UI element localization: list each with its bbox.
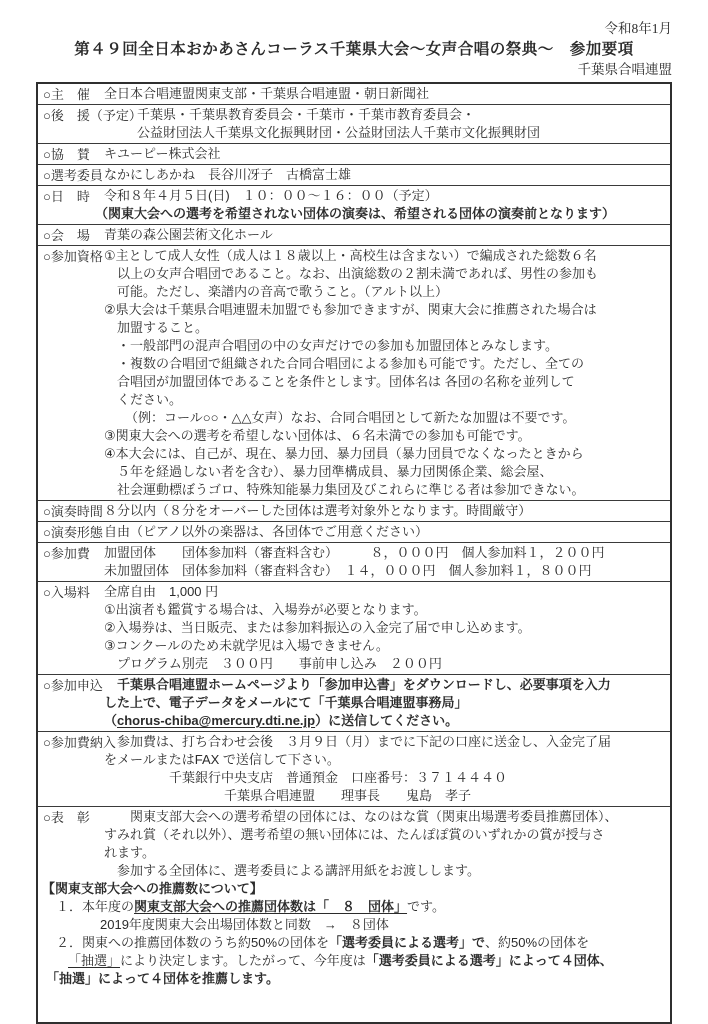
content-line: 公益財団法人千葉県文化振興財団・公益財団法人千葉市文化振興財団 — [137, 124, 670, 142]
content-line: 千葉銀行中央支店 普通預金 口座番号：３７１４４４０ — [169, 769, 670, 787]
content-line: ①出演者も鑑賞する場合は、入場券が必要となります。 — [104, 601, 670, 619]
row-lines: 自由（ピアノ以外の楽器は、各団体でご用意ください） — [38, 523, 670, 541]
text-segment: 2019年度関東大会出場団体数と同数 → ８団体 — [100, 917, 389, 932]
text-segment: です。 — [407, 899, 445, 914]
row-lines: 関東支部大会への選考希望の団体には、なのはな賞（関東出場選考委員推薦団体）、すみ… — [38, 808, 670, 988]
text-segment: 【関東支部大会への推薦数について】 — [42, 881, 263, 896]
text-segment: 加盟すること。 — [117, 320, 208, 335]
text-segment: すみれ賞（それ以外）、選考希望の無い団体には、たんぽぽ賞のいずれかの賞が授与さ — [104, 827, 605, 842]
content-line: 【関東支部大会への推薦数について】 — [42, 880, 670, 898]
row-label: ○参加資格 — [43, 248, 103, 266]
row-label: ○参加費納入 — [43, 734, 116, 752]
content-line: ②入場券は、当日販売、または参加料振込の入金完了届で申し込めます。 — [104, 619, 670, 637]
table-row: ○主 催 全日本合唱連盟関東支部・千葉県合唱連盟・朝日新聞社 — [38, 84, 670, 104]
content-line: 全日本合唱連盟関東支部・千葉県合唱連盟・朝日新聞社 — [104, 85, 670, 103]
text-segment: （例：コール○○・△△女声）なお、合同合唱団として新たな加盟は不要です。 — [125, 410, 575, 425]
text-segment: （ — [104, 713, 117, 728]
text-segment: 合唱団が加盟団体であることを条件とします。団体名は 各団の名称を並列して — [117, 374, 575, 389]
text-segment: 「選考委員による選考」によって４団体、 — [366, 953, 613, 968]
text-segment: 関東支部大会への選考希望の団体には、なのはな賞（関東出場選考委員推薦団体）、 — [130, 809, 618, 824]
text-segment: 可能。ただし、楽譜内の音高で歌うこと。（アルト以上） — [117, 284, 448, 299]
text-segment: なかにしあかね 長谷川冴子 古橋富士雄 — [104, 167, 351, 182]
content-line: 自由（ピアノ以外の楽器は、各団体でご用意ください） — [104, 523, 670, 541]
content-line: ５年を経過しない者を含む）、暴力団準構成員、暴力団関係企業、総会屋、 — [117, 463, 670, 481]
table-row: ○会 場 青葉の森公園芸術文化ホール — [38, 224, 670, 245]
text-segment: 令和８年４月５日(日) １０：００～１６：００（予定） — [104, 188, 438, 203]
text-segment: ）に送信してください。 — [315, 713, 458, 728]
page-title: 第４９回全日本おかあさんコーラス千葉県大会～女声合唱の祭典～ 参加要項 — [0, 40, 708, 60]
text-segment: 以上の女声合唱団であること。なお、出演総数の２割未満であれば、男性の参加も — [117, 266, 598, 281]
content-line: 加盟団体 団体参加料（審査料含む） ８，０００円 個人参加料１，２００円 — [104, 544, 670, 562]
row-lines: なかにしあかね 長谷川冴子 古橋富士雄 — [38, 166, 670, 184]
content-line: 関東支部大会への選考希望の団体には、なのはな賞（関東出場選考委員推薦団体）、 — [130, 808, 670, 826]
text-segment: 未加盟団体 団体参加料（審査料含む） １４，０００円 個人参加料１，８００円 — [104, 563, 592, 578]
content-line: 社会運動標ぼうゴロ、特殊知能暴力集団及びこれらに準じる者は参加できない。 — [117, 481, 670, 499]
row-lines: 令和８年４月５日(日) １０：００～１６：００（予定）（関東大会への選考を希望さ… — [38, 187, 670, 223]
table-row: ○参加費納入 参加費は、打ち合わせ会後 ３月９日（月）までに下記の口座に送金し、… — [38, 731, 670, 806]
content-line: 参加する全団体に、選考委員による講評用紙をお渡しします。 — [117, 862, 670, 880]
content-line: ③コンクールのため未就学児は入場できません。 — [104, 637, 670, 655]
text-segment: 全日本合唱連盟関東支部・千葉県合唱連盟・朝日新聞社 — [104, 86, 429, 101]
row-label: ○参加費 — [43, 545, 90, 563]
text-segment: １．本年度の — [56, 899, 134, 914]
row-label: ○協 賛 — [43, 146, 90, 164]
table-row: ○後 援（予定） 千葉県・千葉県教育委員会・千葉市・千葉市教育委員会・公益財団法… — [38, 104, 670, 143]
row-label: ○表 彰 — [43, 809, 90, 827]
content-line: すみれ賞（それ以外）、選考希望の無い団体には、たんぽぽ賞のいずれかの賞が授与さ — [104, 826, 670, 844]
content-line: 千葉県合唱連盟ホームページより「参加申込書」をダウンロードし、必要事項を入力 — [117, 676, 670, 694]
content-line: ・複数の合唱団で組織された合同合唱団による参加も可能です。ただし、全ての — [117, 355, 670, 373]
content-line: 全席自由 1,000 円 — [104, 583, 670, 601]
text-segment: 社会運動標ぼうゴロ、特殊知能暴力集団及びこれらに準じる者は参加できない。 — [117, 482, 584, 497]
text-segment: ①主として成人女性（成人は１８歳以上・高校生は含まない）で編成された総数６名 — [104, 248, 597, 263]
content-line: 青葉の森公園芸術文化ホール — [104, 226, 670, 244]
content-line: をメールまたはFAX で送信して下さい。 — [104, 751, 670, 769]
table-row: ○演奏形態 自由（ピアノ以外の楽器は、各団体でご用意ください） — [38, 521, 670, 542]
content-line: ①主として成人女性（成人は１８歳以上・高校生は含まない）で編成された総数６名 — [104, 247, 670, 265]
text-segment: 加盟団体 団体参加料（審査料含む） ８，０００円 個人参加料１，２００円 — [104, 545, 605, 560]
content-line: ください。 — [117, 391, 670, 409]
text-segment: プログラム別売 ３００円 事前申し込み ２００円 — [117, 656, 442, 671]
row-label: ○会 場 — [43, 227, 90, 245]
row-label: ○入場料 — [43, 584, 90, 602]
row-label: ○主 催 — [43, 86, 90, 104]
page: 令和8年1月 第４９回全日本おかあさんコーラス千葉県大会～女声合唱の祭典～ 参加… — [0, 0, 708, 1024]
row-lines: ８分以内（８分をオーバーした団体は選考対象外となります。時間厳守） — [38, 502, 670, 520]
table-row: ○入場料 全席自由 1,000 円①出演者も鑑賞する場合は、入場券が必要となりま… — [38, 581, 670, 674]
content-line: 2019年度関東大会出場団体数と同数 → ８団体 — [100, 916, 670, 934]
row-label: ○選考委員 — [43, 167, 103, 185]
table-row: ○協 賛 キユーピー株式会社 — [38, 143, 670, 164]
table-row: ○参加資格 ①主として成人女性（成人は１８歳以上・高校生は含まない）で編成された… — [38, 245, 670, 500]
row-label: ○演奏時間 — [43, 503, 103, 521]
text-segment: 全席自由 1,000 円 — [104, 584, 218, 599]
content-line: （関東大会への選考を希望されない団体の演奏は、希望される団体の演奏前となります） — [95, 205, 670, 223]
content-line: 「抽選」によって４団体を推薦します。 — [46, 970, 670, 988]
row-lines: 全日本合唱連盟関東支部・千葉県合唱連盟・朝日新聞社 — [38, 85, 670, 103]
text-segment: 千葉県・千葉県教育委員会・千葉市・千葉市教育委員会・ — [137, 107, 475, 122]
org-name: 千葉県合唱連盟 — [0, 61, 672, 79]
text-segment: ②県大会は千葉県合唱連盟未加盟でも参加できますが、関東大会に推薦された場合は — [104, 302, 597, 317]
row-lines: 参加費は、打ち合わせ会後 ３月９日（月）までに下記の口座に送金し、入金完了届をメ… — [38, 733, 670, 805]
text-segment: ②入場券は、当日販売、または参加料振込の入金完了届で申し込めます。 — [104, 620, 531, 635]
text-segment: ください。 — [117, 392, 182, 407]
text-segment: 関東支部大会への推薦団体数は「 ８ 団体」 — [134, 899, 407, 914]
row-lines: 全席自由 1,000 円①出演者も鑑賞する場合は、入場券が必要となります。②入場… — [38, 583, 670, 673]
content-line: した上で、電子データをメールにて「千葉県合唱連盟事務局」 — [104, 694, 670, 712]
table-row: ○選考委員 なかにしあかね 長谷川冴子 古橋富士雄 — [38, 164, 670, 185]
content-line: 参加費は、打ち合わせ会後 ３月９日（月）までに下記の口座に送金し、入金完了届 — [117, 733, 670, 751]
text-segment: ③コンクールのため未就学児は入場できません。 — [104, 638, 389, 653]
text-segment: により決定します。したがって、今年度は — [120, 953, 366, 968]
row-lines: ①主として成人女性（成人は１８歳以上・高校生は含まない）で編成された総数６名以上… — [38, 247, 670, 499]
table-row: ○参加費 加盟団体 団体参加料（審査料含む） ８，０００円 個人参加料１，２００… — [38, 542, 670, 581]
content-line: キユーピー株式会社 — [104, 145, 670, 163]
text-segment: 公益財団法人千葉県文化振興財団・公益財団法人千葉市文化振興財団 — [137, 125, 540, 140]
content-line: れます。 — [104, 844, 670, 862]
text-segment: ③関東大会への選考を希望しない団体は、６名未満での参加も可能です。 — [104, 428, 531, 443]
table-row: ○演奏時間 ８分以内（８分をオーバーした団体は選考対象外となります。時間厳守） — [38, 500, 670, 521]
content-line: 可能。ただし、楽譜内の音高で歌うこと。（アルト以上） — [117, 283, 670, 301]
content-line: 合唱団が加盟団体であることを条件とします。団体名は 各団の名称を並列して — [117, 373, 670, 391]
text-segment: ５年を経過しない者を含む）、暴力団準構成員、暴力団関係企業、総会屋、 — [117, 464, 553, 479]
content-line: ③関東大会への選考を希望しない団体は、６名未満での参加も可能です。 — [104, 427, 670, 445]
content-line: 「抽選」により決定します。したがって、今年度は「選考委員による選考」によって４団… — [68, 952, 670, 970]
requirements-table: ○主 催 全日本合唱連盟関東支部・千葉県合唱連盟・朝日新聞社 ○後 援（予定） … — [36, 82, 672, 1024]
content-line: ２．関東への推薦団体数のうち約50%の団体を「選考委員による選考」で、約50%の… — [56, 934, 670, 952]
text-segment: キユーピー株式会社 — [104, 146, 220, 161]
row-label: ○日 時 — [43, 188, 90, 206]
text-segment: 千葉県合唱連盟 理事長 鬼島 孝子 — [224, 788, 471, 803]
content-line: ④本大会には、自己が、現在、暴力団、暴力団員（暴力団員でなくなったときから — [104, 445, 670, 463]
text-segment: 自由（ピアノ以外の楽器は、各団体でご用意ください） — [104, 524, 428, 539]
content-line: 以上の女声合唱団であること。なお、出演総数の２割未満であれば、男性の参加も — [117, 265, 670, 283]
text-segment: ２．関東への推薦団体数のうち約50%の団体を — [56, 935, 329, 950]
text-segment: 「抽選」によって４団体を推薦します。 — [46, 971, 279, 986]
text-segment: 青葉の森公園芸術文化ホール — [104, 227, 273, 242]
header-date: 令和8年1月 — [0, 20, 672, 38]
content-line: ・一般部門の混声合唱団の中の女声だけでの参加も加盟団体とみなします。 — [117, 337, 670, 355]
row-label: ○後 援（予定） — [43, 107, 142, 125]
content-line: （chorus-chiba@mercury.dti.ne.jp）に送信してくださ… — [104, 712, 670, 730]
content-line: 千葉県・千葉県教育委員会・千葉市・千葉市教育委員会・ — [137, 106, 670, 124]
text-segment: した上で、電子データをメールにて「千葉県合唱連盟事務局」 — [104, 695, 467, 710]
table-row: ○日 時 令和８年４月５日(日) １０：００～１６：００（予定）（関東大会への選… — [38, 185, 670, 224]
text-segment: 千葉銀行中央支店 普通預金 口座番号：３７１４４４０ — [169, 770, 507, 785]
row-label: ○演奏形態 — [43, 524, 103, 542]
content-line: 加盟すること。 — [117, 319, 670, 337]
text-segment: 千葉県合唱連盟ホームページより「参加申込書」をダウンロードし、必要事項を入力 — [117, 677, 611, 692]
row-lines: 加盟団体 団体参加料（審査料含む） ８，０００円 個人参加料１，２００円未加盟団… — [38, 544, 670, 580]
text-segment: ８分以内（８分をオーバーした団体は選考対象外となります。時間厳守） — [104, 503, 531, 518]
text-segment: ・一般部門の混声合唱団の中の女声だけでの参加も加盟団体とみなします。 — [117, 338, 558, 353]
content-line: （例：コール○○・△△女声）なお、合同合唱団として新たな加盟は不要です。 — [125, 409, 670, 427]
content-line: ８分以内（８分をオーバーした団体は選考対象外となります。時間厳守） — [104, 502, 670, 520]
text-segment: れます。 — [104, 845, 155, 860]
content-line: 千葉県合唱連盟 理事長 鬼島 孝子 — [224, 787, 670, 805]
row-lines: 青葉の森公園芸術文化ホール — [38, 226, 670, 244]
content-line: 未加盟団体 団体参加料（審査料含む） １４，０００円 個人参加料１，８００円 — [104, 562, 670, 580]
text-segment: （関東大会への選考を希望されない団体の演奏は、希望される団体の演奏前となります） — [95, 206, 615, 221]
content-line: ②県大会は千葉県合唱連盟未加盟でも参加できますが、関東大会に推薦された場合は — [104, 301, 670, 319]
document-header: 令和8年1月 第４９回全日本おかあさんコーラス千葉県大会～女声合唱の祭典～ 参加… — [0, 0, 708, 79]
table-row: ○表 彰 関東支部大会への選考希望の団体には、なのはな賞（関東出場選考委員推薦団… — [38, 806, 670, 1022]
text-segment: 、約50%の団体を — [485, 935, 589, 950]
content-line: プログラム別売 ３００円 事前申し込み ２００円 — [117, 655, 670, 673]
text-segment: ・複数の合唱団で組織された合同合唱団による参加も可能です。ただし、全ての — [117, 356, 584, 371]
row-lines: 千葉県合唱連盟ホームページより「参加申込書」をダウンロードし、必要事項を入力した… — [38, 676, 670, 730]
text-segment: ①出演者も鑑賞する場合は、入場券が必要となります。 — [104, 602, 427, 617]
text-segment: 参加する全団体に、選考委員による講評用紙をお渡しします。 — [117, 863, 480, 878]
content-line: 令和８年４月５日(日) １０：００～１６：００（予定） — [104, 187, 670, 205]
row-label: ○参加申込 — [43, 677, 103, 695]
text-segment: をメールまたはFAX で送信して下さい。 — [104, 752, 340, 767]
content-line: １．本年度の関東支部大会への推薦団体数は「 ８ 団体」です。 — [56, 898, 670, 916]
row-lines: キユーピー株式会社 — [38, 145, 670, 163]
email-address: chorus-chiba@mercury.dti.ne.jp — [117, 713, 315, 728]
content-line: なかにしあかね 長谷川冴子 古橋富士雄 — [104, 166, 670, 184]
table-row: ○参加申込 千葉県合唱連盟ホームページより「参加申込書」をダウンロードし、必要事… — [38, 674, 670, 731]
text-segment: ④本大会には、自己が、現在、暴力団、暴力団員（暴力団員でなくなったときから — [104, 446, 584, 461]
text-segment: 「抽選」 — [68, 953, 120, 968]
text-segment: 「選考委員による選考」で — [329, 935, 485, 950]
text-segment: 参加費は、打ち合わせ会後 ３月９日（月）までに下記の口座に送金し、入金完了届 — [117, 734, 611, 749]
